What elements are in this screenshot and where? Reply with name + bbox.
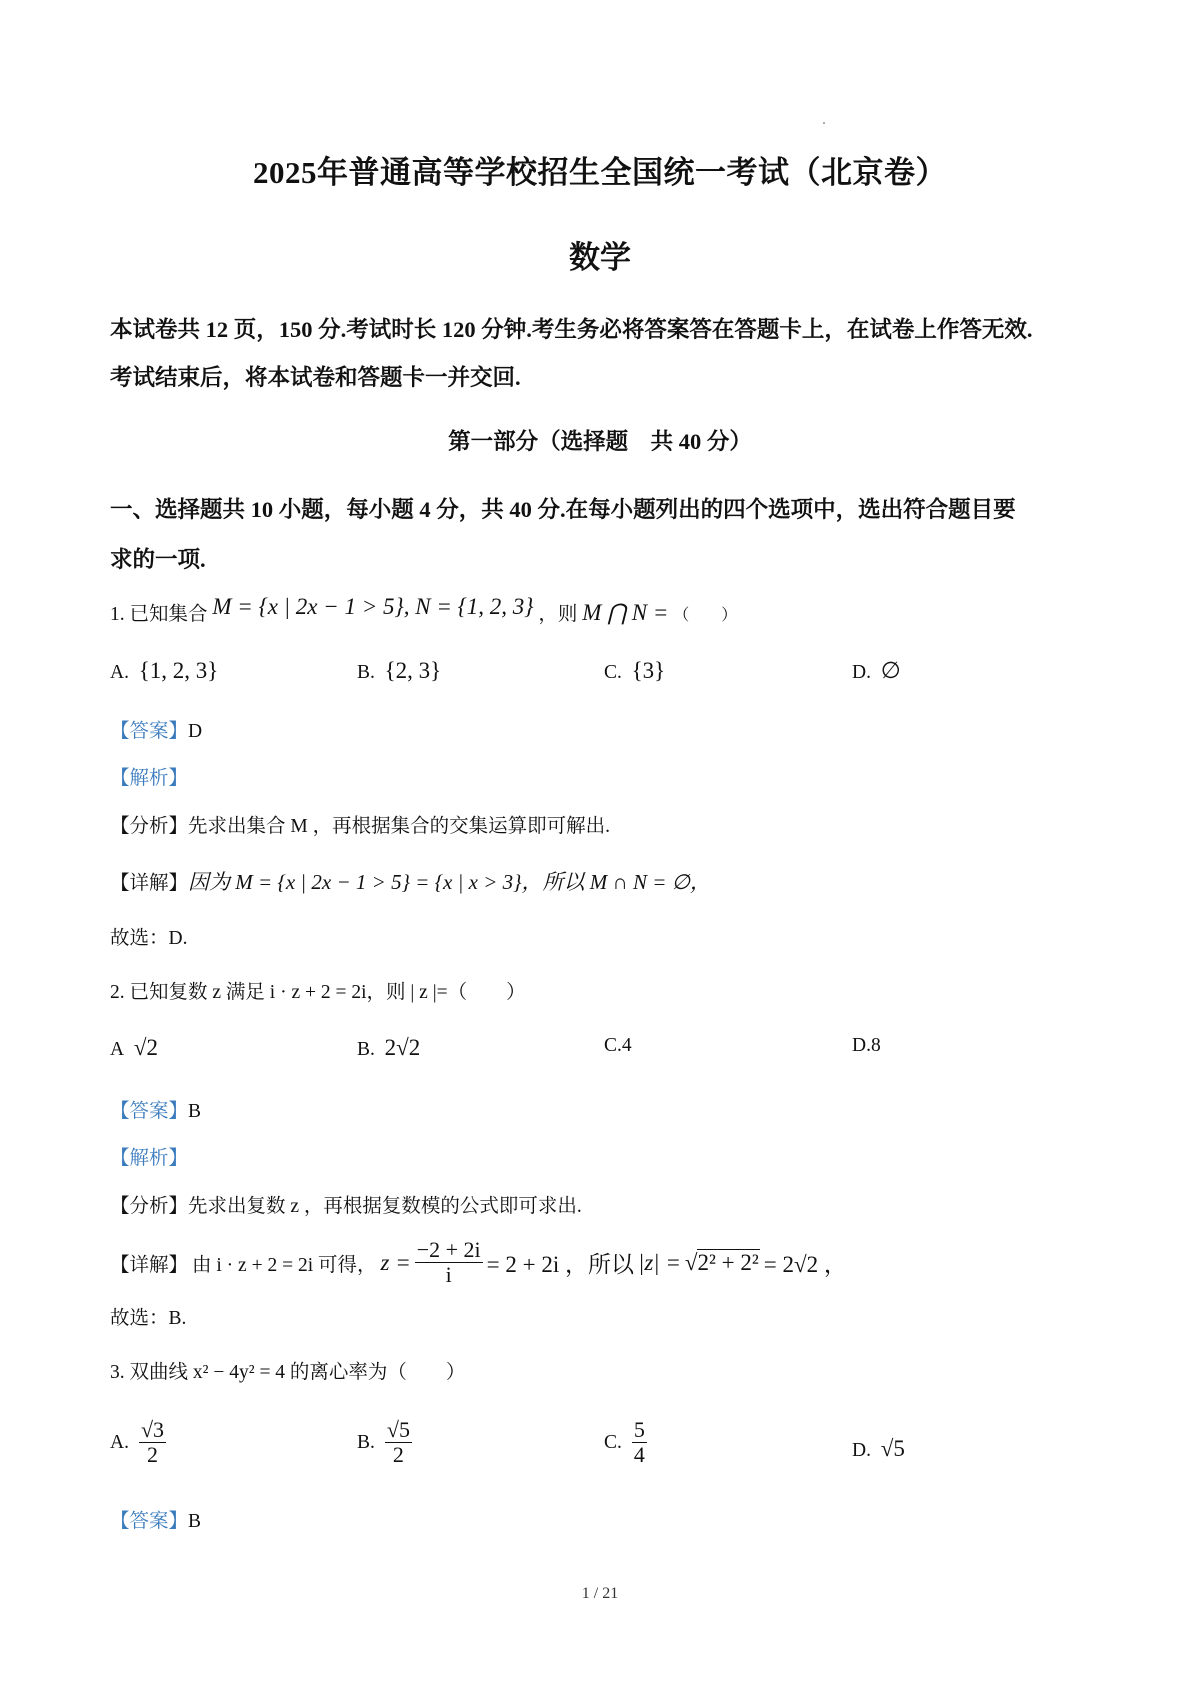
question-3-option-b: B.√52 (357, 1418, 412, 1467)
question-math: M = {x | 2x − 1 > 5}, N = {1, 2, 3} (212, 594, 533, 619)
question-2-fenxi: 【分析】先求出复数 z ，再根据复数模的公式即可求出. (110, 1190, 582, 1218)
question-3-stem: 3. 双曲线 x² − 4y² = 4 的离心率为（ ） (110, 1356, 465, 1384)
question-2-analysis-tag: 【解析】 (110, 1142, 188, 1170)
question-1-analysis-tag: 【解析】 (110, 762, 188, 790)
section-1-line-1: 一、选择题共 10 小题，每小题 4 分，共 40 分.在每小题列出的四个选项中… (110, 492, 1016, 524)
question-1-stem: 1. 已知集合 M = {x | 2x − 1 > 5}, N = {1, 2,… (110, 598, 737, 626)
question-1-option-d: D. ∅ (852, 658, 901, 684)
question-number: 1. (110, 604, 125, 625)
question-1-conclusion: 故选：D. (110, 922, 187, 950)
question-number: 2. (110, 982, 125, 1003)
question-1-option-a: A. {1, 2, 3} (110, 658, 218, 684)
question-1-answer: 【答案】D (110, 715, 202, 743)
question-2-option-b: B. 2√2 (357, 1035, 420, 1061)
part-1-title: 第一部分（选择题 共 40 分） (0, 424, 1200, 456)
question-2-detail: 【详解】 由 i · z + 2 = 2i 可得， z = −2 + 2ii =… (110, 1238, 847, 1287)
question-2-conclusion: 故选：B. (110, 1302, 186, 1330)
question-2-option-c: C.4 (604, 1035, 632, 1057)
question-3-answer: 【答案】B (110, 1505, 201, 1533)
question-1-detail: 【详解】因为 M = {x | 2x − 1 > 5} = {x | x > 3… (110, 866, 711, 896)
fraction: −2 + 2ii (415, 1238, 483, 1287)
question-text-suffix: ，则 (538, 604, 577, 625)
question-3-option-a: A.√32 (110, 1418, 166, 1467)
question-1-fenxi: 【分析】先求出集合 M ，再根据集合的交集运算即可解出. (110, 810, 610, 838)
exam-title: 2025年普通高等学校招生全国统一考试（北京卷） (0, 147, 1200, 192)
page-indicator: 1 / 21 (0, 1585, 1200, 1603)
question-math-2: M ⋂ N = (582, 600, 668, 625)
question-2-stem: 2. 已知复数 z 满足 i · z + 2 = 2i，则 | z |=（ ） (110, 976, 526, 1004)
question-1-option-c: C. {3} (604, 658, 665, 684)
instructions-line-1: 本试卷共 12 页，150 分.考试时长 120 分钟.考生务必将答案答在答题卡… (110, 312, 1033, 344)
question-1-option-b: B. {2, 3} (357, 658, 441, 684)
square-root: √2² + 2² (685, 1250, 760, 1276)
question-3-option-c: C.54 (604, 1418, 647, 1467)
question-text: 已知集合 (130, 604, 208, 625)
instructions-line-2: 考试结束后，将本试卷和答题卡一并交回. (110, 360, 521, 392)
exam-page: 2025年普通高等学校招生全国统一考试（北京卷） 数学 本试卷共 12 页，15… (0, 0, 1200, 1697)
question-text: 已知复数 z 满足 i · z + 2 = 2i，则 | z |=（ ） (130, 982, 526, 1003)
question-2-answer: 【答案】B (110, 1095, 201, 1123)
answer-blank: （ ） (673, 607, 737, 624)
section-1-line-2: 求的一项. (110, 542, 206, 574)
question-3-option-d: D. √5 (852, 1436, 905, 1462)
question-2-option-a: A √2 (110, 1035, 158, 1061)
answer-tag: 【答案】 (110, 721, 188, 742)
scan-speck (823, 122, 825, 124)
question-2-option-d: D.8 (852, 1035, 881, 1057)
exam-subject: 数学 (0, 232, 1200, 277)
